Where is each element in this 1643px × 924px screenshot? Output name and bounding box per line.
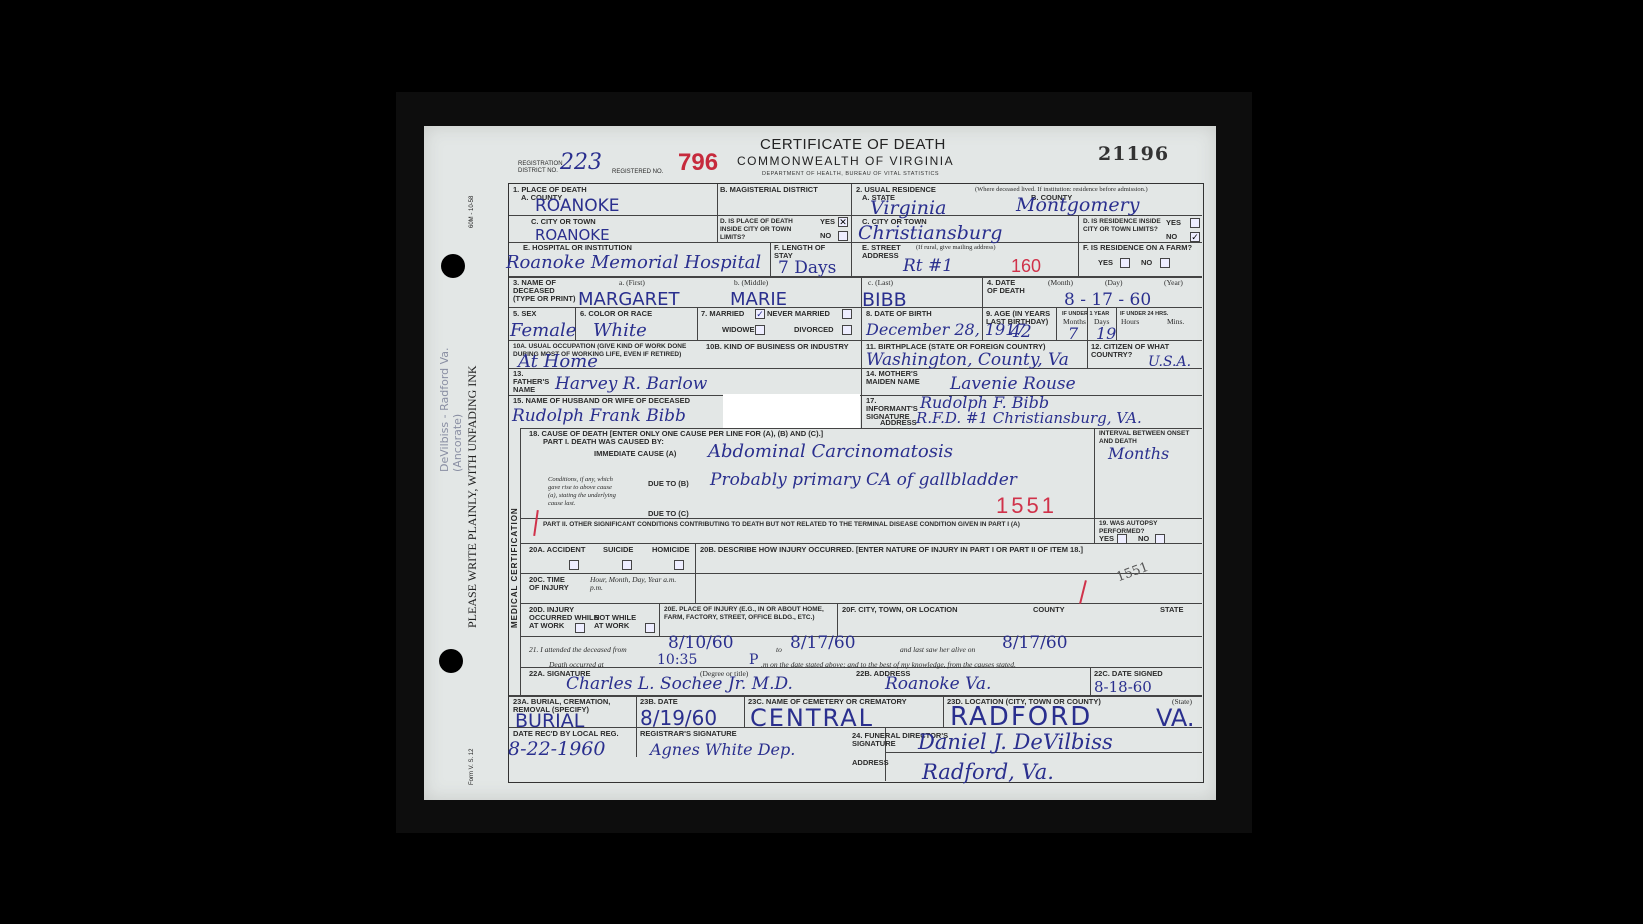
place-injury-label: 20e. PLACE OF INJURY (e.g., in or about … bbox=[664, 606, 834, 622]
farm-no-checkbox[interactable] bbox=[1160, 258, 1170, 268]
father-label: 13. FATHER'S NAME bbox=[513, 370, 553, 394]
last-saw: 8/17/60 bbox=[1002, 633, 1068, 653]
birthplace: Washington, County, Va bbox=[866, 350, 1069, 370]
suicide-checkbox[interactable] bbox=[622, 560, 632, 570]
death-ampm: P bbox=[749, 652, 758, 668]
mother-label: 14. MOTHER'S MAIDEN NAME bbox=[866, 370, 946, 386]
autopsy-yes: YES bbox=[1099, 535, 1114, 543]
department: DEPARTMENT OF HEALTH, BUREAU OF VITAL ST… bbox=[762, 171, 939, 177]
injury-county-label: COUNTY bbox=[1033, 606, 1065, 614]
street: Rt #1 bbox=[903, 256, 953, 276]
res-county: Montgomery bbox=[1016, 194, 1139, 216]
middle-name-label: b. (Middle) bbox=[734, 279, 768, 287]
race: White bbox=[593, 320, 647, 341]
inside-city-label: d. IS PLACE OF DEATH INSIDE CITY OR TOWN… bbox=[720, 218, 810, 242]
inside-city-yes-checkbox[interactable]: ✕ bbox=[838, 217, 848, 227]
at-work-label: 20d. INJURY OCCURRED WHILE AT WORK bbox=[529, 606, 599, 630]
punch-hole-bottom bbox=[439, 649, 463, 673]
attended-to: 8/17/60 bbox=[790, 633, 856, 653]
injury-city-label: 20f. CITY, TOWN, OR LOCATION bbox=[842, 606, 958, 614]
first-name: MARGARET bbox=[578, 289, 680, 310]
autopsy-yes-checkbox[interactable] bbox=[1117, 534, 1127, 544]
injury-desc-label: 20b. DESCRIBE HOW INJURY OCCURRED. [Ente… bbox=[700, 546, 1083, 554]
immediate-label: IMMEDIATE CAUSE (a) bbox=[594, 450, 676, 458]
last-name-label: c. (Last) bbox=[868, 279, 893, 287]
date-of-death: 8 - 17 - 60 bbox=[1064, 290, 1151, 310]
inside-city-no-checkbox[interactable] bbox=[838, 231, 848, 241]
farm-no: NO bbox=[1141, 259, 1152, 267]
registration-district: 223 bbox=[560, 150, 602, 175]
suicide-label: SUICIDE bbox=[603, 546, 633, 554]
dod-month-label: (Month) bbox=[1048, 279, 1073, 287]
inside-city-no: NO bbox=[820, 232, 831, 240]
director: Daniel J. DeVilbiss bbox=[918, 730, 1113, 754]
middle-name: MARIE bbox=[730, 289, 787, 310]
margin-instruction: PLEASE WRITE PLAINLY, WITH UNFADING INK bbox=[465, 365, 480, 628]
location: RADFORD bbox=[950, 702, 1092, 732]
never-married-checkbox[interactable] bbox=[842, 309, 852, 319]
res-city: Christiansburg bbox=[858, 222, 1002, 244]
not-work-checkbox[interactable] bbox=[645, 623, 655, 633]
street-code: 160 bbox=[1011, 256, 1041, 277]
informant-address: R.F.D. #1 Christiansburg, VA. bbox=[916, 409, 1142, 427]
res-inside-no: NO bbox=[1166, 233, 1177, 241]
rec-date: 8-22-1960 bbox=[508, 738, 605, 760]
homicide-checkbox[interactable] bbox=[674, 560, 684, 570]
married-checkbox[interactable]: ✓ bbox=[755, 309, 765, 319]
burial-date: 8/19/60 bbox=[640, 706, 717, 730]
last-name: BIBB bbox=[862, 289, 907, 311]
registered-no: 796 bbox=[678, 149, 718, 177]
rec-date-label: DATE REC'D BY LOCAL REG. bbox=[513, 730, 619, 738]
cause-code: 1551 bbox=[996, 493, 1057, 519]
attended-label: 21. I attended the deceased from bbox=[529, 646, 627, 654]
hospital: Roanoke Memorial Hospital bbox=[506, 252, 761, 273]
autopsy-no-checkbox[interactable] bbox=[1155, 534, 1165, 544]
spouse: Rudolph Frank Bibb bbox=[512, 406, 686, 426]
injury-state-label: STATE bbox=[1160, 606, 1183, 614]
res-inside-no-checkbox[interactable]: ✓ bbox=[1190, 232, 1200, 242]
physician-signature: Charles L. Sochee Jr. M.D. bbox=[566, 674, 793, 694]
divorced-label: DIVORCED bbox=[794, 326, 834, 334]
form-code-bottom: Form V. S. 12 bbox=[469, 749, 475, 785]
spouse-label: 15. NAME OF HUSBAND OR WIFE OF DECEASED bbox=[513, 397, 690, 405]
burial-date-label: 23b. DATE bbox=[640, 698, 678, 706]
sex-label: 5. SEX bbox=[513, 310, 536, 318]
res-inside-yes: YES bbox=[1166, 219, 1181, 227]
registrar-label: REGISTRAR'S SIGNATURE bbox=[640, 730, 737, 738]
time-injury-note: Hour, Month, Day, Year a.m. p.m. bbox=[590, 576, 680, 592]
registration-district-label: Registration District No. bbox=[518, 161, 558, 175]
widowed-checkbox[interactable] bbox=[755, 325, 765, 335]
last-saw-label: and last saw her alive on bbox=[900, 646, 975, 654]
res-inside-yes-checkbox[interactable] bbox=[1190, 218, 1200, 228]
stay: 7 Days bbox=[778, 258, 836, 278]
due-to-c-label: DUE TO (c) bbox=[648, 510, 689, 518]
registered-no-label: Registered No. bbox=[612, 168, 663, 176]
hours-label: Hours bbox=[1121, 318, 1139, 326]
race-label: 6. COLOR OR RACE bbox=[580, 310, 652, 318]
location-state: VA. bbox=[1156, 704, 1195, 732]
attended-from: 8/10/60 bbox=[668, 633, 734, 653]
occupation: At Home bbox=[518, 351, 598, 372]
death-at-label: Death occurred at bbox=[549, 661, 604, 669]
form-code-top: 60M - 10-58 bbox=[469, 196, 475, 228]
medical-certification-label: MEDICAL CERTIFICATION bbox=[510, 507, 519, 628]
age: 42 bbox=[1010, 322, 1032, 342]
date-signed-label: 22c. DATE SIGNED bbox=[1094, 670, 1163, 678]
father: Harvey R. Barlow bbox=[555, 374, 707, 394]
dob-label: 8. DATE OF BIRTH bbox=[866, 310, 932, 318]
street-label: e. STREET ADDRESS bbox=[862, 244, 902, 260]
name-label: 3. NAME OF DECEASED (Type or Print) bbox=[513, 279, 577, 303]
immediate-cause: Abdominal Carcinomatosis bbox=[708, 441, 953, 462]
dod-year-label: (Year) bbox=[1164, 279, 1183, 287]
part2-label: PART II. OTHER SIGNIFICANT CONDITIONS CO… bbox=[543, 521, 1083, 529]
street-note: (If rural, give mailing address) bbox=[916, 244, 996, 252]
hospital-label: e. HOSPITAL OR INSTITUTION bbox=[523, 244, 632, 252]
informant-address-label: ADDRESS bbox=[880, 419, 917, 427]
res-state: Virginia bbox=[870, 197, 946, 219]
autopsy-no: NO bbox=[1138, 535, 1149, 543]
at-work-checkbox[interactable] bbox=[575, 623, 585, 633]
business-label: 10b. KIND OF BUSINESS OR INDUSTRY bbox=[706, 343, 849, 351]
death-at-suffix: .m on the date stated above; and to the … bbox=[761, 661, 1016, 669]
death-city: ROANOKE bbox=[535, 226, 610, 244]
cemetery: CENTRAL bbox=[750, 704, 874, 732]
homicide-label: HOMICIDE bbox=[652, 546, 690, 554]
inside-city-yes: YES bbox=[820, 218, 835, 226]
married-label: 7. MARRIED bbox=[701, 310, 744, 318]
time-injury-label: 20c. TIME OF INJURY bbox=[529, 576, 569, 592]
farm-label: f. IS RESIDENCE ON A FARM? bbox=[1083, 244, 1192, 252]
death-city-label: c. CITY OR TOWN bbox=[531, 218, 596, 226]
document-title: CERTIFICATE OF DEATH bbox=[760, 136, 946, 153]
mother: Lavenie Rouse bbox=[950, 374, 1076, 394]
date-signed: 8-18-60 bbox=[1094, 678, 1152, 696]
director-address: Radford, Va. bbox=[922, 760, 1054, 784]
accident-checkbox[interactable] bbox=[569, 560, 579, 570]
citizen: U.S.A. bbox=[1148, 354, 1191, 370]
date-of-death-label: 4. DATE OF DEATH bbox=[987, 279, 1027, 295]
attended-to-label: to bbox=[776, 646, 782, 654]
sex: Female bbox=[510, 320, 576, 341]
physician-address: Roanoke Va. bbox=[885, 674, 991, 694]
margin-note: DeVilbiss - Radford Va. (Ancorate) bbox=[438, 292, 464, 472]
farm-yes-checkbox[interactable] bbox=[1120, 258, 1130, 268]
first-name-label: a. (First) bbox=[619, 279, 645, 287]
farm-yes: YES bbox=[1098, 259, 1113, 267]
registrar: Agnes White Dep. bbox=[650, 740, 795, 759]
due-to-b-label: DUE TO (b) bbox=[648, 480, 689, 488]
days: 19 bbox=[1096, 324, 1116, 343]
serial-number: 21196 bbox=[1098, 143, 1169, 165]
months: 7 bbox=[1068, 324, 1078, 343]
death-time: 10:35 bbox=[657, 652, 697, 668]
punch-hole-top bbox=[441, 254, 465, 278]
death-county: ROANOKE bbox=[535, 196, 620, 216]
accident-label: 20a. ACCIDENT bbox=[529, 546, 585, 554]
conditions-note: Conditions, if any, which gave rise to a… bbox=[548, 476, 618, 508]
magisterial-label: b. MAGISTERIAL DISTRICT bbox=[720, 186, 818, 194]
mins-label: Mins. bbox=[1167, 318, 1184, 326]
part1-label: PART I. DEATH WAS CAUSED BY: bbox=[543, 438, 664, 446]
redacted-area bbox=[723, 394, 860, 428]
due-to-b: Probably primary CA of gallbladder bbox=[710, 470, 1017, 490]
dod-day-label: (Day) bbox=[1105, 279, 1123, 287]
not-work-label: NOT WHILE AT WORK bbox=[594, 614, 644, 630]
res-inside-label: d. IS RESIDENCE INSIDE CITY OR TOWN LIMI… bbox=[1083, 218, 1163, 234]
never-married-label: NEVER MARRIED bbox=[767, 310, 830, 318]
divorced-checkbox[interactable] bbox=[842, 325, 852, 335]
interval: Months bbox=[1108, 444, 1169, 463]
director-address-label: ADDRESS bbox=[852, 759, 889, 767]
issuer: COMMONWEALTH OF VIRGINIA bbox=[737, 154, 954, 168]
